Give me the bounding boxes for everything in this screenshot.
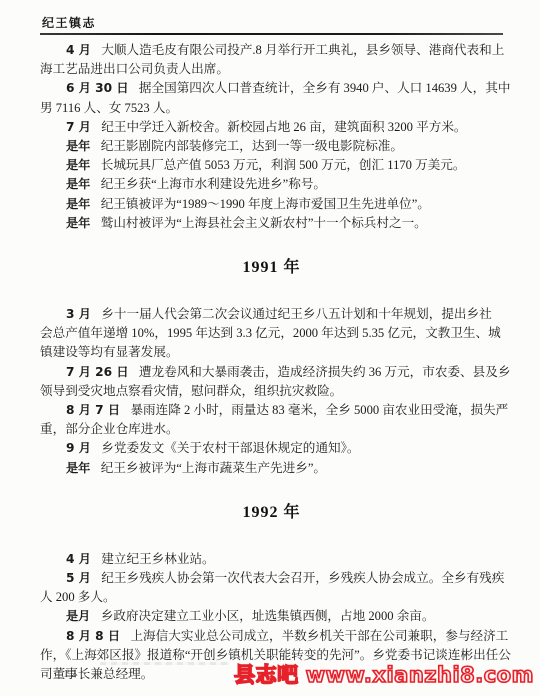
entry-line: 男 7116 人、女 7523 人。 bbox=[40, 99, 503, 118]
entry-text: 长城玩具厂总产值 5053 万元，利润 500 万元，创汇 1170 万美元。 bbox=[101, 158, 466, 172]
chronicle-body: 4 月大顺人造毛皮有限公司投产.8 月举行开工典礼，县乡领导、港商代表和上海工艺… bbox=[40, 35, 503, 684]
entry-text: 据全国第四次人口普查统计，全乡有 3940 户、人口 14639 人，其中 bbox=[139, 81, 511, 95]
watermark-site-name: 县志吧 bbox=[234, 663, 299, 687]
watermark: 县志吧www.xianzhi8.com bbox=[234, 662, 534, 688]
entry-line: 是年鹫山村被评为“上海县社会主义新农村”十一个标兵村之一。 bbox=[40, 214, 503, 233]
entry-line: 人 200 多人。 bbox=[40, 588, 503, 607]
entry-text: 纪王中学迁入新校舍。新校园占地 26 亩，建筑面积 3200 平方米。 bbox=[101, 120, 466, 134]
entry-line: 6 月 30 日据全国第四次人口普查统计，全乡有 3940 户、人口 14639… bbox=[40, 79, 503, 98]
entry-date: 是月 bbox=[66, 609, 90, 623]
entry-date: 6 月 30 日 bbox=[66, 81, 129, 95]
entry-text: 乡十一届人代会第二次会议通过纪王乡八五计划和十年规划，提出乡社 bbox=[101, 307, 491, 321]
entry-date: 是年 bbox=[66, 158, 90, 172]
entry-line: 是月乡政府决定建立工业小区，址选集镇西侧，占地 2000 余亩。 bbox=[40, 607, 503, 626]
entry: 8 月 7 日暴雨连降 2 小时，雨量达 83 毫米，全乡 5000 亩农业田受… bbox=[40, 401, 503, 439]
entry-text: 暴雨连降 2 小时，雨量达 83 毫米，全乡 5000 亩农业田受淹，损失严 bbox=[130, 403, 508, 417]
entry: 9 月乡党委发文《关于农村干部退休规定的通知》。 bbox=[40, 439, 503, 458]
entry-line: 会总产值年递增 10%，1995 年达到 3.3 亿元，2000 年达到 5.3… bbox=[40, 324, 503, 343]
entry-text: 纪王乡获“上海市水利建设先进乡”称号。 bbox=[101, 177, 326, 191]
entry-line: 5 月纪王乡残疾人协会第一次代表大会召开，乡残疾人协会成立。全乡有残疾 bbox=[40, 569, 503, 588]
entry-line: 是年纪王乡获“上海市水利建设先进乡”称号。 bbox=[40, 175, 503, 194]
entry-text: 乡政府决定建立工业小区，址选集镇西侧，占地 2000 余亩。 bbox=[101, 609, 435, 623]
entry: 是年鹫山村被评为“上海县社会主义新农村”十一个标兵村之一。 bbox=[40, 214, 503, 233]
entry-line: 是年纪王乡被评为“上海市蔬菜生产先进乡”。 bbox=[40, 459, 503, 478]
entry-date: 4 月 bbox=[66, 43, 91, 57]
entry-date: 是年 bbox=[66, 139, 90, 153]
entry-text: 建立纪王乡林业站。 bbox=[101, 552, 214, 566]
entry-line: 是年长城玩具厂总产值 5053 万元，利润 500 万元，创汇 1170 万美元… bbox=[40, 156, 503, 175]
entry-date: 9 月 bbox=[66, 441, 91, 455]
entry-date: 8 月 8 日 bbox=[66, 629, 120, 643]
entry-line: 重，部分企业仓库进水。 bbox=[40, 420, 503, 439]
entry-line: 7 月 26 日遭龙卷风和大暴雨袭击，造成经济损失约 36 万元，市农委、县及乡 bbox=[40, 363, 503, 382]
entry-date: 4 月 bbox=[66, 552, 91, 566]
entry-date: 8 月 7 日 bbox=[66, 403, 120, 417]
entry-line: 4 月大顺人造毛皮有限公司投产.8 月举行开工典礼，县乡领导、港商代表和上 bbox=[40, 41, 503, 60]
entry-line: 是年纪王镇被评为“1989～1990 年度上海市爱国卫生先进单位”。 bbox=[40, 195, 503, 214]
entry: 是年纪王镇被评为“1989～1990 年度上海市爱国卫生先进单位”。 bbox=[40, 195, 503, 214]
entry-text: 纪王乡残疾人协会第一次代表大会召开，乡残疾人协会成立。全乡有残疾 bbox=[101, 571, 504, 585]
entry-text: 遭龙卷风和大暴雨袭击，造成经济损失约 36 万元，市农委、县及乡 bbox=[139, 365, 511, 379]
year-heading: 1991 年 bbox=[40, 257, 503, 279]
entry: 是年纪王乡被评为“上海市蔬菜生产先进乡”。 bbox=[40, 459, 503, 478]
entry-line: 是年纪王影剧院内部装修完工，达到一等一级电影院标准。 bbox=[40, 137, 503, 156]
entry-line: 3 月乡十一届人代会第二次会议通过纪王乡八五计划和十年规划，提出乡社 bbox=[40, 305, 503, 324]
entry: 是年长城玩具厂总产值 5053 万元，利润 500 万元，创汇 1170 万美元… bbox=[40, 156, 503, 175]
entry-line: 8 月 8 日上海信大实业总公司成立，半数乡机关干部在公司兼职，参与经济工 bbox=[40, 627, 503, 646]
entry-line: 8 月 7 日暴雨连降 2 小时，雨量达 83 毫米，全乡 5000 亩农业田受… bbox=[40, 401, 503, 420]
entry-line: 领导到受灾地点察看灾情，慰问群众，组织抗灾救险。 bbox=[40, 382, 503, 401]
entry: 是年纪王影剧院内部装修完工，达到一等一级电影院标准。 bbox=[40, 137, 503, 156]
entry-date: 5 月 bbox=[66, 571, 91, 585]
entry-text: 大顺人造毛皮有限公司投产.8 月举行开工典礼，县乡领导、港商代表和上 bbox=[101, 43, 504, 57]
entry: 7 月 26 日遭龙卷风和大暴雨袭击，造成经济损失约 36 万元，市农委、县及乡… bbox=[40, 363, 503, 401]
entry: 5 月纪王乡残疾人协会第一次代表大会召开，乡残疾人协会成立。全乡有残疾人 200… bbox=[40, 569, 503, 607]
book-title: 纪王镇志 bbox=[42, 14, 96, 31]
entry-line: 4 月建立纪王乡林业站。 bbox=[40, 550, 503, 569]
entry: 6 月 30 日据全国第四次人口普查统计，全乡有 3940 户、人口 14639… bbox=[40, 79, 503, 117]
entry-text: 纪王影剧院内部装修完工，达到一等一级电影院标准。 bbox=[101, 139, 403, 153]
entry-text: 上海信大实业总公司成立，半数乡机关干部在公司兼职，参与经济工 bbox=[130, 629, 508, 643]
entry-text: 乡党委发文《关于农村干部退休规定的通知》。 bbox=[101, 441, 359, 455]
entry: 3 月乡十一届人代会第二次会议通过纪王乡八五计划和十年规划，提出乡社会总产值年递… bbox=[40, 305, 503, 363]
entry: 4 月大顺人造毛皮有限公司投产.8 月举行开工典礼，县乡领导、港商代表和上海工艺… bbox=[40, 41, 503, 79]
entry: 4 月建立纪王乡林业站。 bbox=[40, 550, 503, 569]
entry-line: 海工艺品进出口公司负责人出席。 bbox=[40, 60, 503, 79]
page-number: · 12 · bbox=[53, 668, 89, 680]
entry-text: 纪王乡被评为“上海市蔬菜生产先进乡”。 bbox=[101, 461, 326, 475]
entry-date: 3 月 bbox=[66, 307, 91, 321]
entry-text: 纪王镇被评为“1989～1990 年度上海市爱国卫生先进单位”。 bbox=[101, 197, 430, 211]
entry-date: 7 月 bbox=[66, 120, 91, 134]
entry-date: 是年 bbox=[66, 197, 90, 211]
entry-date: 7 月 26 日 bbox=[66, 365, 129, 379]
entry: 是年纪王乡获“上海市水利建设先进乡”称号。 bbox=[40, 175, 503, 194]
scan-artifact bbox=[100, 662, 230, 665]
entry-date: 是年 bbox=[66, 461, 90, 475]
watermark-url: www.xianzhi8.com bbox=[306, 663, 534, 687]
entry-date: 是年 bbox=[66, 216, 90, 230]
entry-line: 镇建设等均有显著发展。 bbox=[40, 343, 503, 362]
scanned-page: 纪王镇志 4 月大顺人造毛皮有限公司投产.8 月举行开工典礼，县乡领导、港商代表… bbox=[0, 0, 540, 696]
entry-text: 鹫山村被评为“上海县社会主义新农村”十一个标兵村之一。 bbox=[101, 216, 427, 230]
entry-line: 9 月乡党委发文《关于农村干部退休规定的通知》。 bbox=[40, 439, 503, 458]
entry-date: 是年 bbox=[66, 177, 90, 191]
entry-line: 7 月纪王中学迁入新校舍。新校园占地 26 亩，建筑面积 3200 平方米。 bbox=[40, 118, 503, 137]
entry: 是月乡政府决定建立工业小区，址选集镇西侧，占地 2000 余亩。 bbox=[40, 607, 503, 626]
entry: 7 月纪王中学迁入新校舍。新校园占地 26 亩，建筑面积 3200 平方米。 bbox=[40, 118, 503, 137]
year-heading: 1992 年 bbox=[40, 502, 503, 524]
